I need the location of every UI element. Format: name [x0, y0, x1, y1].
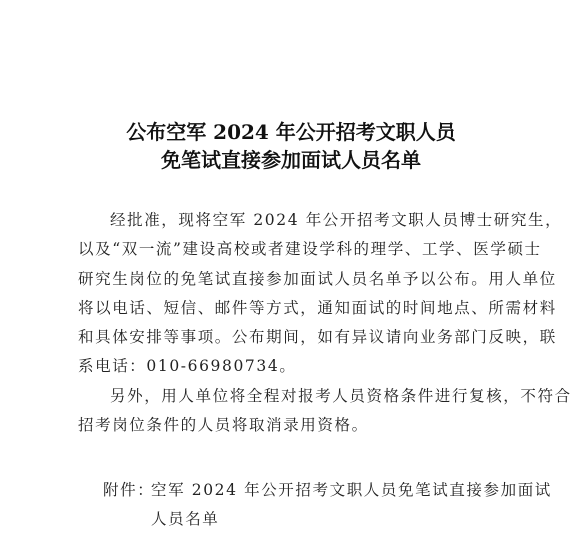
title-line-1: 公布空军 2024 年公开招考文职人员: [0, 118, 582, 146]
body-line: 招考岗位条件的人员将取消录用资格。: [78, 411, 510, 440]
attachment-label: 附件：: [103, 476, 151, 534]
attachment-line-1: 空军 2024 年公开招考文职人员免笔试直接参加面试: [151, 476, 552, 505]
attachment-link[interactable]: 空军 2024 年公开招考文职人员免笔试直接参加面试 人员名单: [151, 476, 552, 534]
body-line-contact-phone: 系电话：010-66980734。: [78, 352, 510, 381]
body-line: 和具体安排等事项。公布期间，如有异议请向业务部门反映，联: [78, 323, 510, 352]
body-line: 研究生岗位的免笔试直接参加面试人员名单予以公布。用人单位: [78, 265, 510, 294]
body-line: 以及“双一流”建设高校或者建设学科的理学、工学、医学硕士: [78, 235, 510, 264]
paragraph-announcement: 经批准，现将空军 2024 年公开招考文职人员博士研究生， 以及“双一流”建设高…: [78, 206, 510, 382]
body-line: 经批准，现将空军 2024 年公开招考文职人员博士研究生，: [78, 206, 510, 235]
document-title: 公布空军 2024 年公开招考文职人员 免笔试直接参加面试人员名单: [0, 118, 582, 174]
title-line-2: 免笔试直接参加面试人员名单: [0, 146, 582, 174]
paragraph-qualification-review: 另外，用人单位将全程对报考人员资格条件进行复核，不符合 招考岗位条件的人员将取消…: [78, 382, 510, 441]
body-line: 另外，用人单位将全程对报考人员资格条件进行复核，不符合: [78, 382, 510, 411]
attachment-line-2: 人员名单: [151, 505, 552, 534]
document-body: 经批准，现将空军 2024 年公开招考文职人员博士研究生， 以及“双一流”建设高…: [78, 206, 510, 440]
document-page: 公布空军 2024 年公开招考文职人员 免笔试直接参加面试人员名单 经批准，现将…: [0, 0, 582, 544]
body-line: 将以电话、短信、邮件等方式，通知面试的时间地点、所需材料: [78, 294, 510, 323]
attachment-section: 附件： 空军 2024 年公开招考文职人员免笔试直接参加面试 人员名单: [103, 476, 523, 534]
